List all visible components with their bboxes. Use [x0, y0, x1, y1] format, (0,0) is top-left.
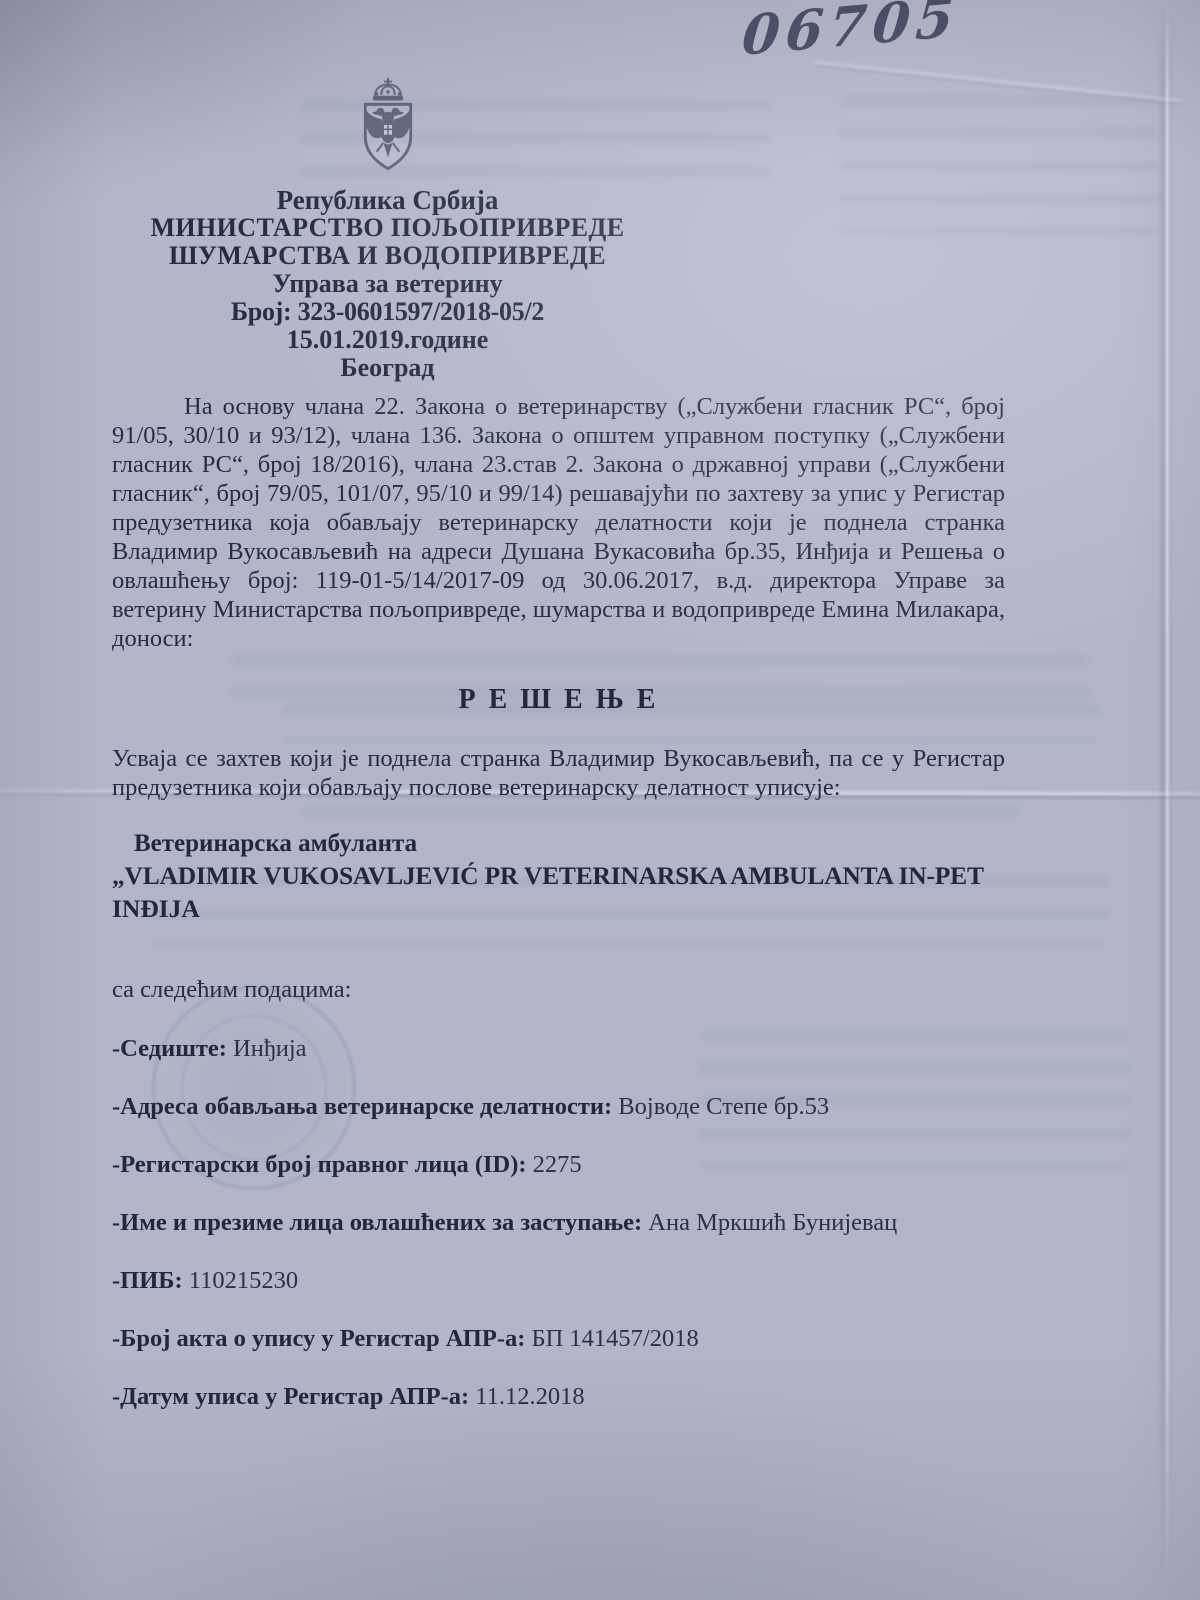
field-value: Инђија [233, 1035, 306, 1062]
serbia-coat-of-arms-icon [342, 74, 434, 180]
decision-heading: Р Е Ш Е Њ Е [112, 684, 1005, 716]
field-pib: -ПИБ: 110215230 [112, 1266, 1092, 1324]
field-label: -ПИБ: [112, 1267, 183, 1294]
registered-entity-block: Ветеринарска амбуланта „VLADIMIR VUKOSAV… [112, 828, 1092, 925]
field-registry-id: -Регистарски број правног лица (ID): 227… [112, 1150, 1092, 1208]
header-ministry-line2: ШУМАРСТВА И ВОДОПРИВРЕДЕ [105, 242, 670, 270]
field-value: 110215230 [189, 1267, 298, 1294]
entity-type-line: Ветеринарска амбуланта [112, 828, 1092, 859]
field-label: -Број акта о упису у Регистар АПР-а: [112, 1325, 525, 1352]
field-label: -Регистарски број правног лица (ID): [112, 1151, 527, 1178]
field-seat: -Седиште: Инђија [112, 1034, 1092, 1092]
decision-statement-paragraph: Усваја се захтев који је поднела странка… [112, 744, 1005, 802]
scanned-document-page: 06705 [0, 0, 1200, 1600]
entity-name-line1: „VLADIMIR VUKOSAVLJEVIĆ PR VETERINARSKA … [112, 859, 1092, 892]
field-value: 11.12.2018 [475, 1383, 584, 1410]
field-apr-act-number: -Број акта о упису у Регистар АПР-а: БП … [112, 1324, 1092, 1382]
field-representative: -Име и презиме лица овлашћених за заступ… [112, 1208, 1092, 1266]
registration-fields: -Седиште: Инђија -Адреса обављања ветери… [112, 1034, 1092, 1440]
field-value: Војводе Степе бр.53 [618, 1093, 829, 1120]
field-label: -Адреса обављања ветеринарске делатности… [112, 1093, 612, 1120]
field-value: БП 141457/2018 [532, 1325, 699, 1352]
field-value: 2275 [533, 1151, 582, 1178]
field-label: -Датум уписа у Регистар АПР-а: [112, 1383, 469, 1410]
letterhead: Република Србија МИНИСТАРСТВО ПОЉОПРИВРЕ… [105, 74, 670, 382]
header-case-number: Број: 323-0601597/2018-05/2 [105, 298, 670, 326]
handwritten-registry-number: 06705 [740, 0, 963, 68]
header-ministry-line1: МИНИСТАРСТВО ПОЉОПРИВРЕДЕ [105, 214, 670, 242]
field-label: -Седиште: [112, 1035, 227, 1062]
header-department: Управа за ветерину [105, 270, 670, 298]
header-date: 15.01.2019.године [105, 326, 670, 354]
fields-intro: са следећим подацима: [112, 976, 351, 1004]
legal-basis-paragraph: На основу члана 22. Закона о ветеринарст… [112, 392, 1005, 653]
field-value: Ана Мркшић Бунијевац [648, 1209, 897, 1236]
field-label: -Име и презиме лица овлашћених за заступ… [112, 1209, 642, 1236]
entity-name-line2: INĐIJA [112, 892, 1092, 925]
header-city: Београд [105, 354, 670, 382]
document-content: 06705 [0, 0, 1200, 1600]
field-apr-registration-date: -Датум уписа у Регистар АПР-а: 11.12.201… [112, 1382, 1092, 1440]
field-address: -Адреса обављања ветеринарске делатности… [112, 1092, 1092, 1150]
header-country: Република Србија [105, 186, 670, 214]
